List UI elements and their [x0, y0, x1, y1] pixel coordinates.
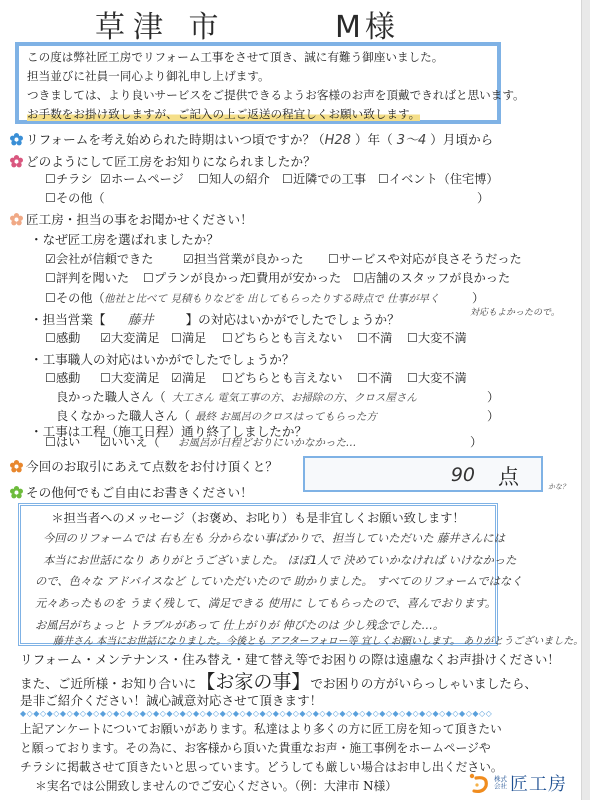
close-paren: ） — [477, 189, 489, 206]
score-unit: 点 — [498, 461, 519, 491]
intro-line: 担当並びに社員一同心より御礼申し上げます。 — [27, 67, 489, 86]
checkbox-unchecked-icon[interactable]: ☐ — [245, 271, 256, 285]
message-line: お風呂がちょっと トラブルがあって 仕上がりが 伸びたのは 少し残念でした…。 — [35, 617, 444, 633]
score-note: かな？ — [548, 482, 569, 492]
checkbox-unchecked-icon[interactable]: ☐ — [45, 291, 56, 305]
checkbox-unchecked-icon[interactable]: ☐ — [282, 172, 293, 186]
schedule-option-yes[interactable]: ☐はい — [45, 433, 80, 450]
intro-line-highlighted: お手数をお掛け致しますが、ご記入の上ご返送の程宜しくお願い致します。 — [27, 107, 420, 121]
checkbox-unchecked-icon[interactable]: ☐ — [407, 331, 418, 345]
checkbox-checked-icon[interactable]: ☑ — [183, 252, 194, 266]
q1-answer: （H28 ）年（ 3〜4 ）月頃から — [312, 129, 493, 148]
checkbox-unchecked-icon[interactable]: ☐ — [357, 371, 368, 385]
company-logo: 株式 会社 匠工房 — [468, 770, 567, 796]
q2-question: どのようにして匠工房をお知りになられましたか？ — [26, 154, 316, 169]
checkbox-unchecked-icon[interactable]: ☐ — [45, 435, 56, 449]
checkbox-unchecked-icon[interactable]: ☐ — [378, 172, 389, 186]
sales-option-moved[interactable]: ☐感動 — [45, 329, 80, 346]
flower-icon-green — [10, 486, 23, 499]
craft-question: ・工事職人の対応はいかがでしたでしょうか？ — [30, 349, 294, 368]
why-other-value-cont: 対応もよかったので。 — [470, 305, 560, 318]
q4-question: 今回のお取引にあえて点数をお付け頂くと？ — [26, 459, 278, 474]
notice-line: ＊実名では公開致しませんのでご安心ください。（例：大津市 N様） — [35, 777, 397, 794]
checkbox-checked-icon[interactable]: ☑ — [45, 252, 56, 266]
sales-option-very-satisfied[interactable]: ☑大変満足 — [100, 329, 160, 346]
closing-line-3: 是非ご紹介ください！誠心誠意対応させて頂きます！ — [20, 690, 322, 709]
q1-question: リフォームを考え始められた時期はいつ頃ですか？ — [26, 132, 315, 147]
message-line: 藤井さん 本当にお世話になりました。今後とも アフターフォロー等 宜しくお願いし… — [53, 632, 583, 647]
close-paren: ） — [472, 289, 484, 306]
q2-option-referral[interactable]: ☐知人の紹介 — [198, 170, 270, 187]
close-paren: ） — [487, 388, 499, 405]
checkbox-unchecked-icon[interactable]: ☐ — [222, 331, 233, 345]
page-edge — [581, 0, 590, 800]
checkbox-unchecked-icon[interactable]: ☐ — [100, 371, 111, 385]
flower-icon-peach — [10, 213, 23, 226]
message-line: 元々あったものを うまく残して、満足できる 使用に してもらったので、喜んでおり… — [35, 595, 496, 611]
message-line: 本当にお世話になり ありがとうございました。 ほぼ1人で 決めていかなければ い… — [43, 552, 516, 568]
q1-row: リフォームを考え始められた時期はいつ頃ですか？ — [10, 129, 315, 148]
customer-name: M様 — [335, 2, 399, 46]
checkbox-checked-icon[interactable]: ☑ — [100, 172, 111, 186]
notice-line: チラシに掲載させて頂きたいと思っています。どうしても厳しい場合はお申し出ください… — [20, 758, 503, 775]
flower-icon-pink — [10, 155, 23, 168]
why-option-plan[interactable]: ☐プランが良かった — [143, 269, 251, 286]
craft-option-very-satisfied[interactable]: ☐大変満足 — [100, 369, 160, 386]
q5-question: その他何でもご自由にお書きください！ — [26, 485, 253, 500]
customer-city: 草津 市 — [95, 2, 227, 46]
schedule-reason-value[interactable]: お風呂が日程どおりにいかなかった… — [178, 435, 357, 450]
checkbox-unchecked-icon[interactable]: ☐ — [222, 371, 233, 385]
checkbox-unchecked-icon[interactable]: ☐ — [45, 331, 56, 345]
q1-year-value[interactable]: H28 — [325, 133, 351, 148]
checkbox-unchecked-icon[interactable]: ☐ — [45, 271, 56, 285]
q2-option-other[interactable]: ☐その他（ — [45, 189, 105, 206]
intro-line: この度は弊社匠工房でリフォーム工事をさせて頂き、誠に有難う御座いました。 — [27, 48, 489, 67]
flower-icon-blue — [10, 133, 23, 146]
checkbox-unchecked-icon[interactable]: ☐ — [171, 331, 182, 345]
craft-option-dissatisfied[interactable]: ☐不満 — [357, 369, 392, 386]
logo-name: 匠工房 — [510, 770, 567, 796]
good-craftsman-value[interactable]: 大工さん 電気工事の方、お掃除の方、クロス屋さん — [172, 390, 417, 405]
intro-box: この度は弊社匠工房でリフォーム工事をさせて頂き、誠に有難う御座いました。 担当並… — [15, 42, 501, 124]
checkbox-checked-icon[interactable]: ☑ — [171, 371, 182, 385]
why-option-service[interactable]: ☐サービスや対応が良さそうだった — [328, 250, 522, 267]
q3-section-title: 匠工房・担当の事をお聞かせください！ — [26, 212, 253, 227]
q5-row: その他何でもご自由にお書きください！ — [10, 482, 253, 501]
checkbox-unchecked-icon[interactable]: ☐ — [407, 371, 418, 385]
q3-section: 匠工房・担当の事をお聞かせください！ — [10, 209, 253, 228]
score-value[interactable]: 90 — [451, 464, 475, 486]
why-other-value[interactable]: 他社と比べて 見積もりなどを 出してもらったりする時点で 仕事が早く — [104, 291, 440, 306]
checkbox-unchecked-icon[interactable]: ☐ — [45, 191, 56, 205]
sales-option-neutral[interactable]: ☐どちらとも言えない — [222, 329, 343, 346]
good-craftsman-label: 良かった職人さん（ — [56, 388, 166, 405]
closing-line-1: リフォーム・メンテナンス・住み替え・建て替え等でお困りの際は遠慮なくお声掛けくだ… — [20, 649, 560, 668]
q2-option-homepage[interactable]: ☑ホームページ — [100, 170, 184, 187]
logo-mark-icon — [468, 772, 490, 794]
checkbox-unchecked-icon[interactable]: ☐ — [353, 271, 364, 285]
message-box[interactable]: ＊担当者へのメッセージ（お褒め、お叱り）も是非宜しくお願い致します！ 今回のリフ… — [18, 503, 498, 646]
flower-icon-orange — [10, 460, 23, 473]
craft-option-neutral[interactable]: ☐どちらとも言えない — [222, 369, 343, 386]
notice-line: 上記アンケートについてお願いがあります。私達はより多くの方に匠工房を知って頂きた… — [20, 720, 502, 737]
diamond-divider: ◆◇◆◇◆◇◆◇◆◇◆◇◆◇◆◇◆◇◆◇◆◇◆◇◆◇◆◇◆◇◆◇◆◇◆◇◆◇◆◇… — [20, 709, 492, 718]
q1-month-value[interactable]: 3〜4 — [397, 133, 427, 148]
checkbox-unchecked-icon[interactable]: ☐ — [328, 252, 339, 266]
why-option-other[interactable]: ☐その他（ — [45, 289, 105, 306]
sales-option-very-dissatisfied[interactable]: ☐大変不満 — [407, 329, 467, 346]
checkbox-unchecked-icon[interactable]: ☐ — [143, 271, 154, 285]
close-paren: ） — [470, 433, 482, 450]
checkbox-checked-icon[interactable]: ☑ — [100, 331, 111, 345]
q2-option-event[interactable]: ☐イベント（住宅博） — [378, 170, 499, 187]
craft-option-very-dissatisfied[interactable]: ☐大変不満 — [407, 369, 467, 386]
checkbox-unchecked-icon[interactable]: ☐ — [45, 172, 56, 186]
q4-row: 今回のお取引にあえて点数をお付け頂くと？ — [10, 456, 278, 475]
notice-line: と願っております。その為に、お客様から頂いた貴重なお声・施工事例をホームページや — [20, 739, 491, 756]
message-header: ＊担当者へのメッセージ（お褒め、お叱り）も是非宜しくお願い致します！ — [21, 509, 495, 526]
why-option-staff[interactable]: ☐店舗のスタッフが良かった — [353, 269, 510, 286]
craft-option-satisfied[interactable]: ☑満足 — [171, 369, 206, 386]
why-option-trust[interactable]: ☑会社が信頼できた — [45, 250, 153, 267]
sales-option-dissatisfied[interactable]: ☐不満 — [357, 329, 392, 346]
q3-why-question: ・なぜ匠工房を選ばれましたか？ — [30, 229, 219, 248]
sales-name[interactable]: 藤井 — [128, 313, 154, 328]
why-option-sales[interactable]: ☑担当営業が良かった — [183, 250, 304, 267]
craft-option-moved[interactable]: ☐感動 — [45, 369, 80, 386]
sales-option-satisfied[interactable]: ☐満足 — [171, 329, 206, 346]
message-line: ので、色々な アドバイスなど していただいたので 助かりました。 すべてのリフォ… — [35, 573, 522, 589]
q2-option-flyer[interactable]: ☐チラシ — [45, 170, 93, 187]
message-line: 今回のリフォームでは 右も左も 分からない事ばかりで、担当していただいた 藤井さ… — [43, 530, 505, 546]
intro-line: つきましては、より良いサービスをご提供できるようお客様のお声を頂戴できればと思い… — [27, 86, 489, 105]
score-box[interactable]: 90 点 — [303, 456, 543, 492]
checkbox-unchecked-icon[interactable]: ☐ — [357, 331, 368, 345]
checkbox-unchecked-icon[interactable]: ☐ — [198, 172, 209, 186]
schedule-option-no[interactable]: ☑いいえ（ — [100, 433, 160, 450]
why-option-reputation[interactable]: ☐評判を聞いた — [45, 269, 129, 286]
close-paren: ） — [487, 407, 499, 424]
checkbox-checked-icon[interactable]: ☑ — [100, 435, 111, 449]
logo-prefix-bottom: 会社 — [494, 783, 507, 790]
q2-option-nearby-work[interactable]: ☐近隣での工事 — [282, 170, 366, 187]
checkbox-unchecked-icon[interactable]: ☐ — [45, 371, 56, 385]
why-option-price[interactable]: ☐費用が安かった — [245, 269, 341, 286]
q2-row: どのようにして匠工房をお知りになられましたか？ — [10, 151, 316, 170]
sales-question: ・担当営業【藤井】の対応はいかがでしたでしょうか？ — [30, 309, 400, 328]
